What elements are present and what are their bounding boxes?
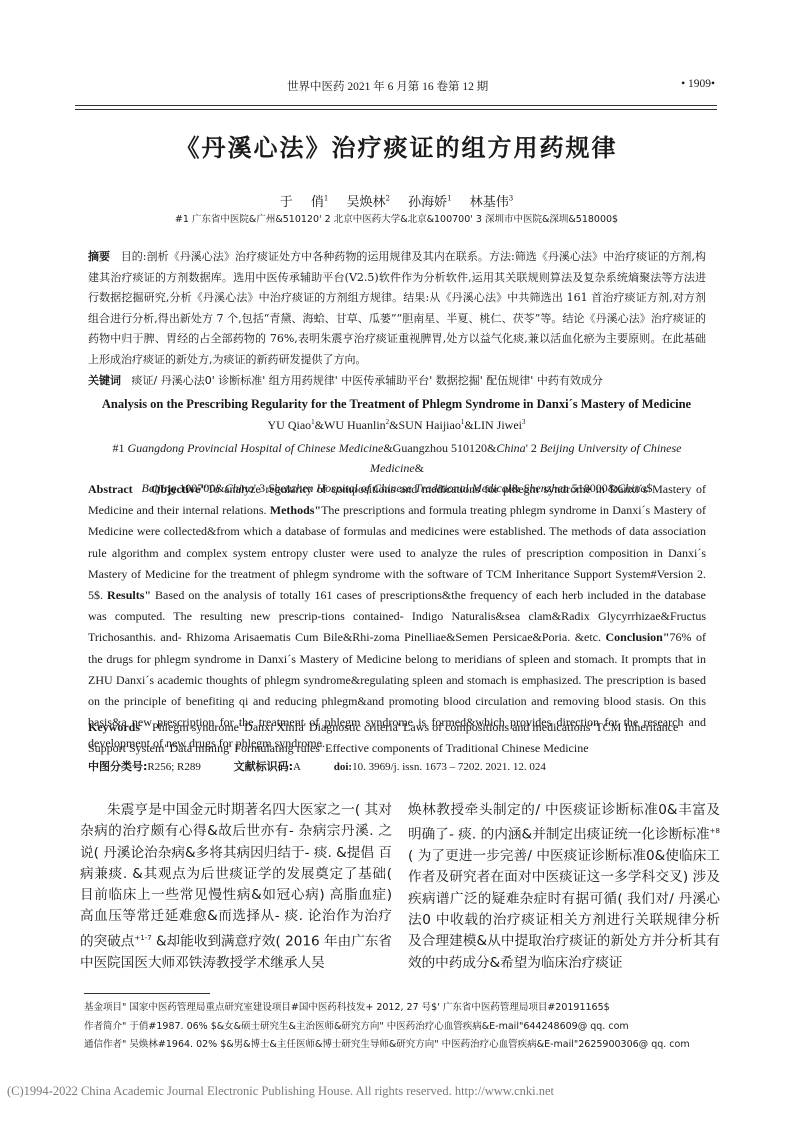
- copyright-watermark: (C)1994-2022 China Academic Journal Elec…: [7, 1084, 787, 1099]
- citation[interactable]: +8: [710, 827, 720, 835]
- abstract-cn-text: 目的:剖析《丹溪心法》治疗痰证处方中各种药物的运用规律及其内在联系。方法:筛选《…: [88, 250, 706, 366]
- body-column-right: 焕林教授牵头制定的/ 中医痰证诊断标准0&丰富及明确了- 痰. 的内涵&并制定出…: [408, 800, 720, 974]
- keywords-en-label: Keywords: [88, 720, 140, 734]
- author: 孙海娇1: [408, 195, 451, 210]
- objective-label: Objective": [151, 482, 207, 496]
- author: 吴焕林2: [347, 195, 390, 210]
- keywords-cn-text: 痰证/ 丹溪心法0' 诊断标准' 组方用药规律' 中医传承辅助平台' 数据挖掘'…: [132, 374, 603, 387]
- abstract-en: Abstract Objective"To analyze regularity…: [88, 479, 706, 755]
- author: 林基伟3: [470, 195, 513, 210]
- footnote-author-bio: 作者简介" 于俏#1987. 06% $&女&硕士研究生&主治医师&研究方向" …: [84, 1018, 724, 1037]
- doi[interactable]: 10. 3969/j. issn. 1673 – 7202. 2021. 12.…: [352, 761, 546, 773]
- affiliations-cn: #1 广东省中医院&广州&510120' 2 北京中医药大学&北京&100700…: [0, 211, 793, 225]
- footnotes: 基金项目" 国家中医药管理局重点研究室建设项目#国中医药科技发+ 2012, 2…: [84, 999, 724, 1055]
- author-list-en: YU Qiao1&WU Huanlin2&SUN Haijiao1&LIN Ji…: [0, 418, 793, 433]
- document-code: A: [293, 761, 301, 773]
- running-header: 世界中医药 2021 年 6 月第 16 卷第 12 期 • 1909•: [75, 78, 715, 98]
- abstract-cn-label: 摘要: [88, 250, 110, 263]
- clc-number: R256; R289: [147, 761, 200, 773]
- keywords-cn-label: 关键词: [88, 374, 121, 387]
- page-number: • 1909•: [681, 78, 715, 90]
- classification-line: 中图分类号:R256; R289 文献标识码:A doi:10. 3969/j.…: [88, 758, 706, 774]
- footnote-rule: [84, 993, 210, 994]
- footnote-funding: 基金项目" 国家中医药管理局重点研究室建设项目#国中医药科技发+ 2012, 2…: [84, 999, 724, 1018]
- article-title-en: Analysis on the Prescribing Regularity f…: [0, 397, 793, 412]
- abstract-en-label: Abstract: [88, 482, 133, 496]
- header-double-rule: [75, 105, 717, 110]
- author: 于 俏1: [280, 195, 329, 210]
- article-title-cn: 《丹溪心法》治疗痰证的组方用药规律: [0, 128, 793, 163]
- author-list-cn: 于 俏1 吴焕林2 孙海娇1 林基伟3: [0, 191, 793, 210]
- keywords-en: Keywords Phlegm syndrome' Danxi Xinfa' D…: [88, 717, 706, 759]
- conclusion-label: Conclusion": [606, 630, 670, 644]
- body-column-left: 朱震亨是中国金元时期著名四大医家之一( 其对杂病的治疗颇有心得&故后世亦有- 杂…: [80, 800, 392, 974]
- methods-label: Methods": [270, 503, 321, 517]
- footnote-corresponding-author: 通信作者" 吴焕林#1964. 02% $&男&博士&主任医师&博士研究生导师&…: [84, 1036, 724, 1055]
- results-label: Results": [107, 588, 151, 602]
- citation[interactable]: +1-7: [134, 934, 151, 942]
- keywords-cn: 关键词 痰证/ 丹溪心法0' 诊断标准' 组方用药规律' 中医传承辅助平台' 数…: [88, 372, 706, 388]
- journal-issue: 世界中医药 2021 年 6 月第 16 卷第 12 期: [287, 78, 488, 94]
- abstract-cn: 摘要 目的:剖析《丹溪心法》治疗痰证处方中各种药物的运用规律及其内在联系。方法:…: [88, 247, 706, 370]
